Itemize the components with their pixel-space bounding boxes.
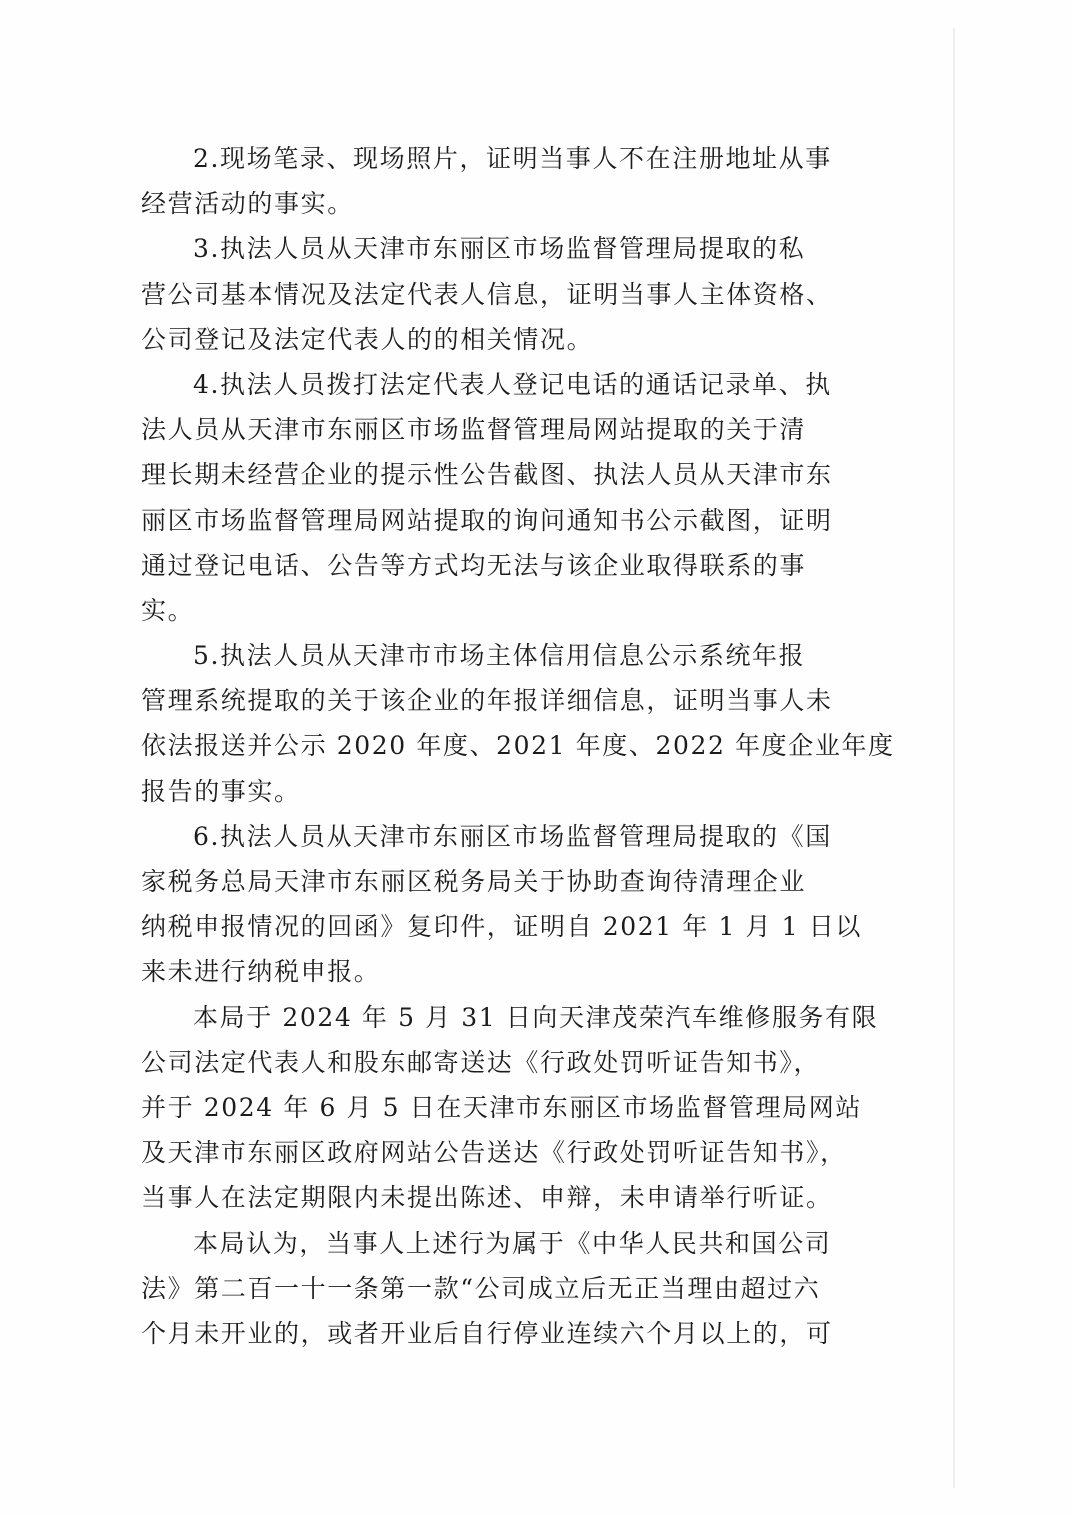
text-line: 及天津市东丽区政府网站公告送达《行政处罚听证告知书》，: [141, 1130, 901, 1175]
document-body: 2.现场笔录、现场照片，证明当事人不在注册地址从事 经营活动的事实。 3.执法人…: [141, 136, 901, 1356]
text-line: 4.执法人员拨打法定代表人登记电话的通话记录单、执: [141, 362, 901, 407]
text-line: 个月未开业的，或者开业后自行停业连续六个月以上的，可: [141, 1311, 901, 1356]
paragraph-notice-delivery: 本局于 2024 年 5 月 31 日向天津茂荣汽车维修服务有限 公司法定代表人…: [141, 995, 901, 1221]
paragraph-evidence-item-5: 5.执法人员从天津市市场主体信用信息公示系统年报 管理系统提取的关于该企业的年报…: [141, 633, 901, 814]
text-line: 2.现场笔录、现场照片，证明当事人不在注册地址从事: [141, 136, 901, 181]
text-line: 营公司基本情况及法定代表人信息，证明当事人主体资格、: [141, 272, 901, 317]
text-line: 管理系统提取的关于该企业的年报详细信息，证明当事人未: [141, 678, 901, 723]
paragraph-bureau-finding: 本局认为，当事人上述行为属于《中华人民共和国公司 法》第二百一十一条第一款“公司…: [141, 1221, 901, 1357]
text-line: 法人员从天津市东丽区市场监督管理局网站提取的关于清: [141, 407, 901, 452]
text-line: 公司法定代表人和股东邮寄送达《行政处罚听证告知书》，: [141, 1040, 901, 1085]
text-line: 本局认为，当事人上述行为属于《中华人民共和国公司: [141, 1221, 901, 1266]
text-line: 并于 2024 年 6 月 5 日在天津市东丽区市场监督管理局网站: [141, 1085, 901, 1130]
paragraph-evidence-item-6: 6.执法人员从天津市东丽区市场监督管理局提取的《国 家税务总局天津市东丽区税务局…: [141, 814, 901, 995]
text-line: 经营活动的事实。: [141, 181, 901, 226]
text-line: 报告的事实。: [141, 769, 901, 814]
text-line: 通过登记电话、公告等方式均无法与该企业取得联系的事: [141, 543, 901, 588]
text-line: 理长期未经营企业的提示性公告截图、执法人员从天津市东: [141, 452, 901, 497]
text-line: 依法报送并公示 2020 年度、2021 年度、2022 年度企业年度: [141, 723, 901, 768]
text-line: 6.执法人员从天津市东丽区市场监督管理局提取的《国: [141, 814, 901, 859]
text-line: 本局于 2024 年 5 月 31 日向天津茂荣汽车维修服务有限: [141, 995, 901, 1040]
scan-edge-line: [953, 28, 955, 1488]
paragraph-evidence-item-3: 3.执法人员从天津市东丽区市场监督管理局提取的私 营公司基本情况及法定代表人信息…: [141, 226, 901, 362]
text-line: 5.执法人员从天津市市场主体信用信息公示系统年报: [141, 633, 901, 678]
paragraph-evidence-item-4: 4.执法人员拨打法定代表人登记电话的通话记录单、执 法人员从天津市东丽区市场监督…: [141, 362, 901, 633]
paragraph-evidence-item-2: 2.现场笔录、现场照片，证明当事人不在注册地址从事 经营活动的事实。: [141, 136, 901, 226]
text-line: 家税务总局天津市东丽区税务局关于协助查询待清理企业: [141, 859, 901, 904]
text-line: 实。: [141, 588, 901, 633]
text-line: 当事人在法定期限内未提出陈述、申辩，未申请举行听证。: [141, 1175, 901, 1220]
text-line: 3.执法人员从天津市东丽区市场监督管理局提取的私: [141, 226, 901, 271]
text-line: 公司登记及法定代表人的的相关情况。: [141, 317, 901, 362]
text-line: 丽区市场监督管理局网站提取的询问通知书公示截图，证明: [141, 498, 901, 543]
document-page: 2.现场笔录、现场照片，证明当事人不在注册地址从事 经营活动的事实。 3.执法人…: [0, 0, 1073, 1516]
text-line: 纳税申报情况的回函》复印件，证明自 2021 年 1 月 1 日以: [141, 904, 901, 949]
text-line: 来未进行纳税申报。: [141, 949, 901, 994]
text-line: 法》第二百一十一条第一款“公司成立后无正当理由超过六: [141, 1266, 901, 1311]
